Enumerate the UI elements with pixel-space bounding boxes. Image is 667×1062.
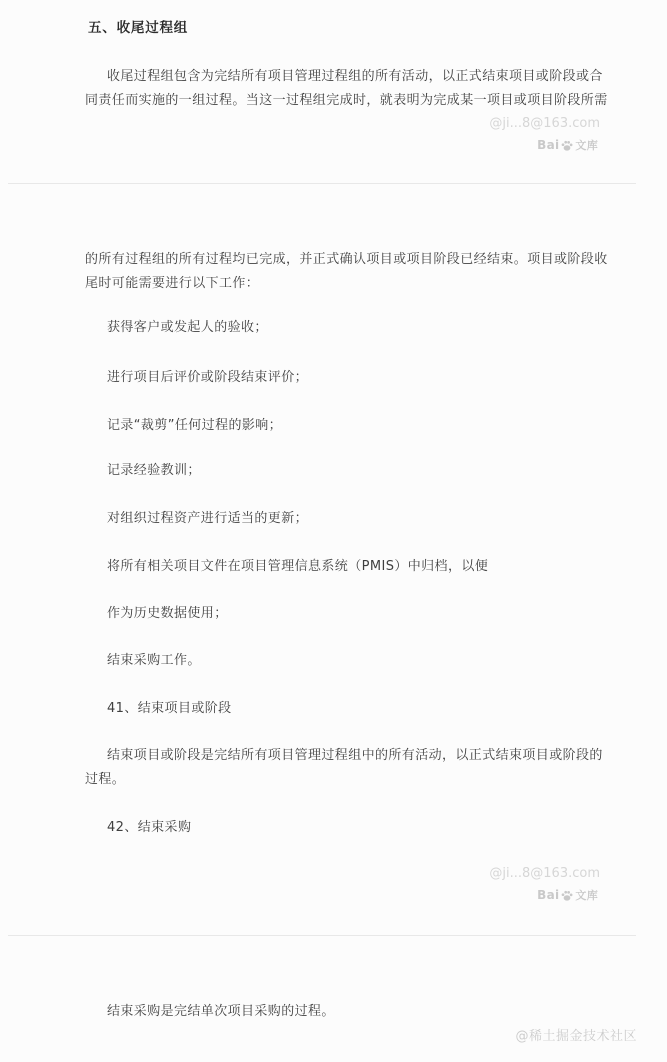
baidu-logo-text: Bai bbox=[537, 888, 559, 902]
watermark-community: @稀土掘金技术社区 bbox=[515, 1025, 637, 1044]
watermark-email: @ji...8@163.com bbox=[489, 866, 600, 881]
baidu-logo-text: 文库 bbox=[575, 887, 598, 903]
task-line: 对组织过程资产进行适当的更新； bbox=[107, 511, 308, 526]
watermark-email: @ji...8@163.com bbox=[489, 116, 600, 131]
paragraph-line: 同责任而实施的一组过程。当这一过程组完成时，就表明为完成某一项目或项目阶段所需 bbox=[85, 93, 608, 108]
baidu-logo-text: Bai bbox=[537, 138, 559, 152]
paw-icon bbox=[560, 889, 574, 902]
paragraph-line: 过程。 bbox=[85, 772, 125, 787]
paragraph-line: 的所有过程组的所有过程均已完成，并正式确认项目或项目阶段已经结束。项目或阶段收 bbox=[85, 252, 608, 267]
baidu-wenku-logo: Bai 文库 bbox=[537, 137, 598, 153]
page-divider bbox=[8, 935, 636, 936]
task-line: 结束采购工作。 bbox=[107, 653, 201, 668]
task-line: 作为历史数据使用； bbox=[107, 606, 228, 621]
task-line: 进行项目后评价或阶段结束评价； bbox=[107, 370, 308, 385]
task-line: 将所有相关项目文件在项目管理信息系统（PMIS）中归档，以便 bbox=[107, 559, 488, 574]
page-divider bbox=[8, 183, 636, 184]
subsection-title-41: 41、结束项目或阶段 bbox=[107, 701, 232, 716]
subsection-title-42: 42、结束采购 bbox=[107, 820, 191, 835]
task-line: 获得客户或发起人的验收； bbox=[107, 320, 268, 335]
paragraph-line: 结束项目或阶段是完结所有项目管理过程组中的所有活动，以正式结束项目或阶段的 bbox=[107, 748, 603, 763]
baidu-logo-text: 文库 bbox=[575, 137, 598, 153]
document-page: 五、收尾过程组 收尾过程组包含为完结所有项目管理过程组的所有活动，以正式结束项目… bbox=[0, 0, 667, 1062]
section-heading: 五、收尾过程组 bbox=[88, 21, 188, 36]
baidu-wenku-logo: Bai 文库 bbox=[537, 887, 598, 903]
paw-icon bbox=[560, 139, 574, 152]
paragraph-line: 结束采购是完结单次项目采购的过程。 bbox=[107, 1004, 335, 1019]
paragraph-line: 尾时可能需要进行以下工作： bbox=[85, 276, 259, 291]
task-line: 记录“裁剪”任何过程的影响； bbox=[107, 418, 282, 433]
task-line: 记录经验教训； bbox=[107, 463, 201, 478]
paragraph-line: 收尾过程组包含为完结所有项目管理过程组的所有活动，以正式结束项目或阶段或合 bbox=[107, 69, 603, 84]
